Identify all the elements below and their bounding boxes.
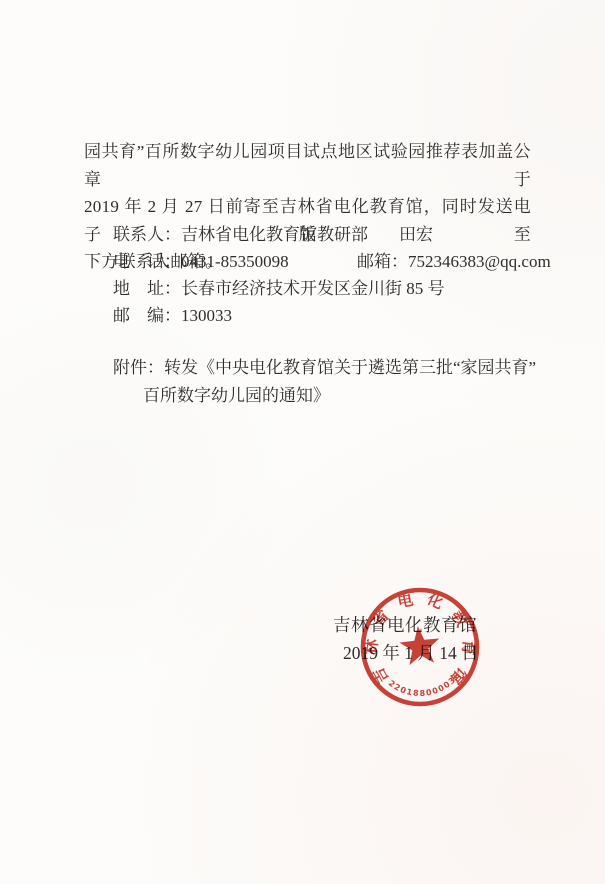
contact-person-label: 联系人： xyxy=(113,225,181,244)
attachment-title-part1: 转发《中央电化教育馆关于遴选第三批“家园共育” xyxy=(164,358,536,377)
email-value: 752346383@qq.com xyxy=(408,252,551,271)
postal-label: 邮 编： xyxy=(113,306,181,325)
attachment-line-1: 附件：转发《中央电化教育馆关于遴选第三批“家园共育” xyxy=(113,354,558,382)
address-value: 长春市经济技术开发区金川街 85 号 xyxy=(181,279,445,298)
contact-address-line: 地 址：长春市经济技术开发区金川街 85 号 xyxy=(113,275,558,302)
phone-label: 电 话： xyxy=(113,252,181,271)
email-part: 邮箱：752346383@qq.com xyxy=(357,248,551,275)
contact-person-name: 田宏 xyxy=(399,225,433,244)
scanned-letter-page: 园共育”百所数字幼儿园项目试点地区试验园推荐表加盖公章于 2019 年 2 月 … xyxy=(0,0,605,884)
contact-person-line: 联系人：吉林省电化教育馆教研部田宏 xyxy=(113,221,558,248)
attachment-line-2: 百所数字幼儿园的通知》 xyxy=(143,382,558,410)
contact-block: 联系人：吉林省电化教育馆教研部田宏 电 话：0431-85350098 邮箱：7… xyxy=(113,221,558,329)
paragraph-line-1: 园共育”百所数字幼儿园项目试点地区试验园推荐表加盖公章于 xyxy=(84,138,531,193)
attachment-block: 附件：转发《中央电化教育馆关于遴选第三批“家园共育” 百所数字幼儿园的通知》 xyxy=(113,354,558,410)
email-label: 邮箱： xyxy=(357,252,408,271)
postal-value: 130033 xyxy=(181,306,232,325)
contact-person-value: 吉林省电化教育馆教研部 xyxy=(181,225,368,244)
official-seal: 吉林省电化教育馆 2201880000363 xyxy=(335,562,505,732)
seal-serial-number: 2201880000363 xyxy=(335,562,465,708)
attachment-label: 附件： xyxy=(113,358,164,377)
contact-phone-line: 电 话：0431-85350098 邮箱：752346383@qq.com xyxy=(113,248,558,275)
address-label: 地 址： xyxy=(113,279,181,298)
seal-star xyxy=(398,624,442,666)
phone-value: 0431-85350098 xyxy=(181,252,289,271)
contact-postal-line: 邮 编：130033 xyxy=(113,302,558,329)
